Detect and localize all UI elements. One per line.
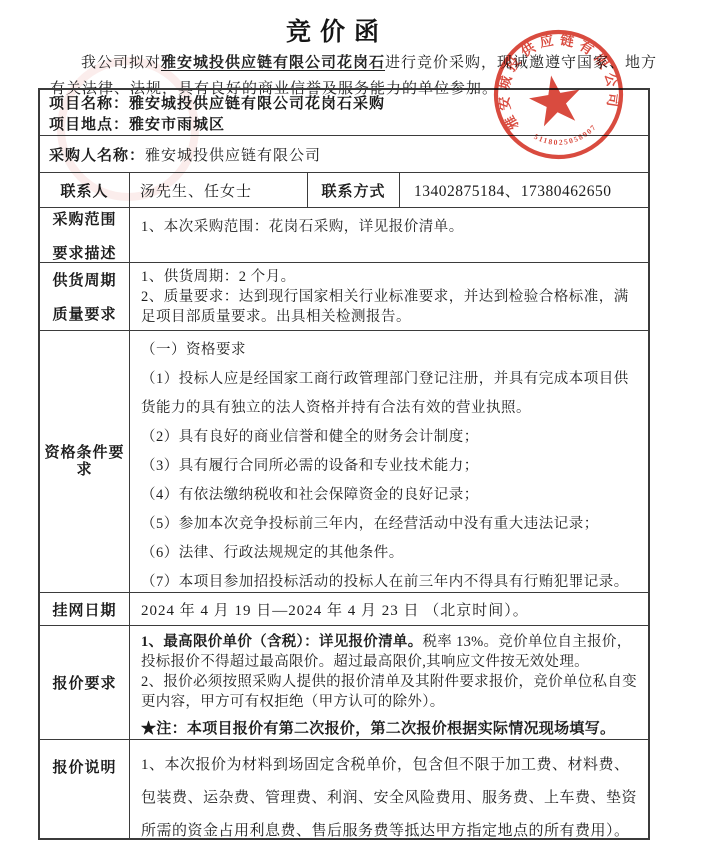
qualification-content: （一）资格要求 （1）投标人应是经国家工商行政管理部门登记注册，并具有完成本项目…: [130, 331, 648, 592]
scope-label-line1: 采购范围: [52, 208, 116, 229]
qualification-item: （一）资格要求: [141, 336, 640, 365]
contact-method-label-cell: 联系方式: [308, 173, 400, 207]
row-contact: 联系人 汤先生、任女士 联系方式 13402875184、17380462650: [40, 172, 648, 207]
contact-phone-cell: 13402875184、17380462650: [400, 173, 648, 207]
intro-prefix: 我公司拟对: [81, 55, 161, 71]
quote-item-1-bold: 1、最高限价单价（含税）：详见报价清单。: [141, 634, 423, 650]
row-quote-description: 报价说明 1、本次报价为材料到场固定含税单价，包含但不限于加工费、材料费、包装费…: [40, 739, 648, 838]
contact-name-cell: 汤先生、任女士: [130, 173, 308, 207]
intro-emphasis: 雅安城投供应链有限公司花岗石: [161, 55, 385, 71]
purchaser-value: 雅安城投供应链有限公司: [145, 144, 321, 165]
scope-content: 1、本次采购范围：花岗石采购，详见报价清单。: [130, 208, 648, 262]
qualification-label-cell: 资格条件要求: [40, 331, 130, 592]
qualification-item: （1）投标人应是经国家工商行政管理部门登记注册，并具有完成本项目供货能力的具有独…: [141, 365, 640, 423]
contact-label: 联系人: [60, 180, 108, 201]
quote-note: ★注：本项目报价有第二次报价，第二次报价根据实际情况现场填写。: [141, 719, 640, 739]
project-name-label: 项目名称：: [49, 96, 129, 112]
qualification-item: （6）法律、行政法规规定的其他条件。: [141, 539, 640, 568]
row-quote-requirements: 报价要求 1、最高限价单价（含税）：详见报价清单。税率 13%。竞价单位自主报价…: [40, 625, 648, 739]
period-label-line2: 质量要求: [52, 303, 116, 324]
quote-description-content: 1、本次报价为材料到场固定含税单价，包含但不限于加工费、材料费、包装费、运杂费、…: [130, 740, 648, 838]
period-item-1: 1、供货周期：2 个月。: [141, 267, 640, 287]
qualification-label: 资格条件要求: [45, 445, 125, 479]
scope-label-cell: 采购范围 要求描述: [40, 208, 130, 262]
row-period: 供货周期 质量要求 1、供货周期：2 个月。 2、质量要求：达到现行国家相关行业…: [40, 262, 648, 330]
row-scope: 采购范围 要求描述 1、本次采购范围：花岗石采购，详见报价清单。: [40, 207, 648, 262]
row-qualification: 资格条件要求 （一）资格要求 （1）投标人应是经国家工商行政管理部门登记注册，并…: [40, 330, 648, 592]
seal-company-text: 雅安城投供应链有限公司: [485, 22, 625, 134]
quote-requirements-content: 1、最高限价单价（含税）：详见报价清单。税率 13%。竞价单位自主报价，投标报价…: [130, 626, 648, 739]
seal-group: 雅安城投供应链有限公司 5118025058907: [485, 22, 631, 167]
project-location-label: 项目地点：: [49, 117, 129, 133]
row-listing-date: 挂网日期 2024 年 4 月 19 日—2024 年 4 月 23 日 （北京…: [40, 592, 648, 625]
qualification-item: （4）有依法缴纳税收和社会保障资金的良好记录；: [141, 481, 640, 510]
period-label-line1: 供货周期: [52, 269, 116, 290]
quote-requirements-label-cell: 报价要求: [40, 626, 130, 739]
period-content: 1、供货周期：2 个月。 2、质量要求：达到现行国家相关行业标准要求，并达到检验…: [130, 263, 648, 330]
project-location-value: 雅安市雨城区: [129, 117, 225, 133]
purchaser-label: 采购人名称：: [49, 144, 145, 165]
project-name-value: 雅安城投供应链有限公司花岗石采购: [129, 96, 385, 112]
seal-company-textpath: 雅安城投供应链有限公司: [485, 22, 625, 134]
scope-label-line2: 要求描述: [52, 242, 116, 263]
seal-star-icon: [526, 71, 585, 128]
quote-item-2: 2、报价必须按照采购人提供的报价清单及其附件要求报价，竞价单位私自变更内容，甲方…: [141, 672, 640, 712]
period-item-2: 2、质量要求：达到现行国家相关行业标准要求，并达到检验合格标准，满足项目部质量要…: [141, 287, 640, 327]
quote-item-1: 1、最高限价单价（含税）：详见报价清单。税率 13%。竞价单位自主报价，投标报价…: [141, 632, 640, 672]
company-seal: 雅安城投供应链有限公司 5118025058907: [483, 19, 634, 170]
qualification-item: （3）具有履行合同所必需的设备和专业技术能力；: [141, 452, 640, 481]
quote-requirements-label: 报价要求: [52, 672, 116, 693]
contact-label-cell: 联系人: [40, 173, 130, 207]
document-page: 竞价函 我公司拟对雅安城投供应链有限公司花岗石进行竞价采购，现诚邀遵守国家、地方…: [0, 0, 710, 849]
qualification-item: （5）参加本次竞争投标前三年内，在经营活动中没有重大违法记录；: [141, 510, 640, 539]
listing-date-label: 挂网日期: [52, 599, 116, 620]
quote-description-label: 报价说明: [52, 756, 116, 777]
qualification-item: （2）具有良好的商业信誉和健全的财务会计制度；: [141, 423, 640, 452]
bid-info-table: 项目名称：雅安城投供应链有限公司花岗石采购 项目地点：雅安市雨城区 采购人名称：…: [38, 88, 650, 840]
listing-date-label-cell: 挂网日期: [40, 593, 130, 625]
listing-date-value: 2024 年 4 月 19 日—2024 年 4 月 23 日 （北京时间）。: [130, 593, 648, 625]
quote-description-label-cell: 报价说明: [40, 740, 130, 838]
period-label-cell: 供货周期 质量要求: [40, 263, 130, 330]
